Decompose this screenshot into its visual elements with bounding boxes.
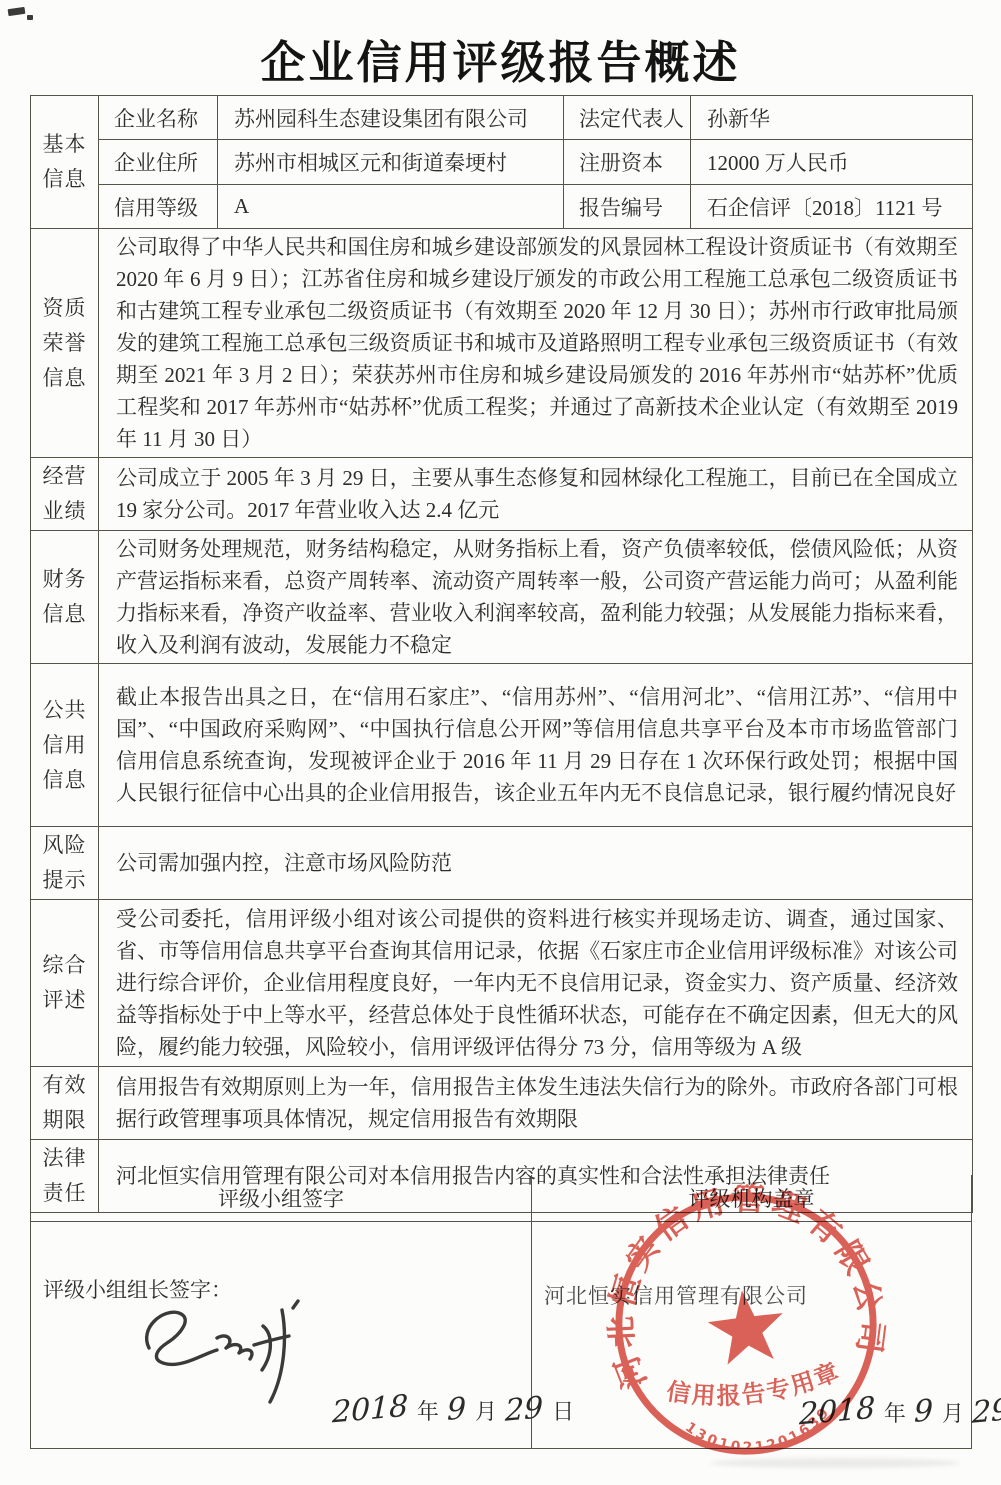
stamp-registration-number: 1301021201639 [681,1402,838,1464]
section-label-risk-warning: 风险 提示 [31,827,99,900]
value-legal-representative: 孙新华 [691,96,973,140]
section-text-financial-info: 公司财务处理规范，财务结构稳定，从财务指标上看，资产负债率较低，偿债风险低；从资… [99,531,973,664]
handwritten-signature [121,1292,331,1412]
label-registered-capital: 注册资本 [564,140,691,185]
section-label-validity-period: 有效 期限 [31,1067,99,1140]
rating-team-signature-header: 评级小组签字 [31,1175,532,1221]
section-label-comprehensive-review: 综合 评述 [31,900,99,1067]
label-credit-rating: 信用等级 [99,185,218,229]
value-credit-rating: A [218,185,564,229]
value-report-number: 石企信评〔2018〕1121 号 [691,185,973,229]
section-label-qualifications-honors: 资质 荣誉 信息 [31,229,99,458]
table-row: 综合 评述 受公司委托，信用评级小组对该公司提供的资料进行核实并现场走访、调查，… [31,900,973,1067]
table-row: 信用等级 A 报告编号 石企信评〔2018〕1121 号 [31,185,973,229]
section-label-business-performance: 经营 业绩 [31,458,99,531]
page-title: 企业信用评级报告概述 [0,26,1001,91]
value-company-name: 苏州园科生态建设集团有限公司 [218,96,564,140]
section-label-basic-info: 基本 信息 [31,96,99,229]
table-row: 财务 信息 公司财务处理规范，财务结构稳定，从财务指标上看，资产负债率较低，偿债… [31,531,973,664]
stamp-ring-text: 河北恒实信用管理有限公司 [591,1169,895,1394]
table-row: 风险 提示 公司需加强内控，注意市场风险防范 [31,827,973,900]
table-row: 经营 业绩 公司成立于 2005 年 3 月 29 日，主要从事生态修复和园林绿… [31,458,973,531]
section-text-public-credit-info: 截止本报告出具之日，在“信用石家庄”、“信用苏州”、“信用河北”、“信用江苏”、… [99,664,973,827]
label-company-address: 企业住所 [99,140,218,185]
value-company-address: 苏州市相城区元和街道秦埂村 [218,140,564,185]
section-text-comprehensive-review: 受公司委托，信用评级小组对该公司提供的资料进行核实并现场走访、调查，通过国家、省… [99,900,973,1067]
report-table: 基本 信息 企业名称 苏州园科生态建设集团有限公司 法定代表人 孙新华 企业住所… [30,95,973,1213]
section-label-financial-info: 财务 信息 [31,531,99,664]
date-day: 29 [972,1392,1001,1431]
table-row: 资质 荣誉 信息 公司取得了中华人民共和国住房和城乡建设部颁发的风景园林工程设计… [31,229,973,458]
label-legal-representative: 法定代表人 [564,96,691,140]
date-month: 9 [447,1391,467,1428]
date-month: 9 [914,1393,934,1430]
section-label-public-credit-info: 公共 信用 信息 [31,664,99,827]
svg-text:1301021201639: 1301021201639 [681,1402,838,1464]
date-month-unit: 月 [475,1399,497,1424]
section-text-qualifications-honors: 公司取得了中华人民共和国住房和城乡建设部颁发的风景园林工程设计资质证书（有效期至… [99,229,973,458]
report-page: 企业信用评级报告概述 基本 信息 企业名称 苏州园科生态建设集团有限公司 法定代… [0,0,1001,1485]
label-company-name: 企业名称 [99,96,218,140]
stamp-star-icon [704,1286,788,1367]
label-report-number: 报告编号 [564,185,691,229]
team-leader-signature-cell: 评级小组组长签字： 2018 年 9 月 29 [31,1222,532,1448]
section-text-risk-warning: 公司需加强内控，注意市场风险防范 [99,827,973,900]
scan-artifact [27,15,33,20]
table-row: 企业住所 苏州市相城区元和街道秦埂村 注册资本 12000 万人民币 [31,140,973,185]
date-year-unit: 年 [417,1399,439,1424]
section-text-business-performance: 公司成立于 2005 年 3 月 29 日，主要从事生态修复和园林绿化工程施工，… [99,458,973,531]
scan-artifact [8,7,26,16]
section-text-validity-period: 信用报告有效期原则上为一年，信用报告主体发生违法失信行为的除外。市政府各部门可根… [99,1067,973,1140]
date-month-unit: 月 [942,1401,964,1426]
table-row: 基本 信息 企业名称 苏州园科生态建设集团有限公司 法定代表人 孙新华 [31,96,973,140]
table-row: 公共 信用 信息 截止本报告出具之日，在“信用石家庄”、“信用苏州”、“信用河北… [31,664,973,827]
value-registered-capital: 12000 万人民币 [691,140,973,185]
company-round-stamp: 河北恒实信用管理有限公司 信用报告专用章 1301021201639 [591,1169,901,1479]
svg-text:河北恒实信用管理有限公司: 河北恒实信用管理有限公司 [591,1169,895,1394]
date-year: 2018 [332,1389,409,1431]
table-row: 有效 期限 信用报告有效期原则上为一年，信用报告主体发生违法失信行为的除外。市政… [31,1067,973,1140]
